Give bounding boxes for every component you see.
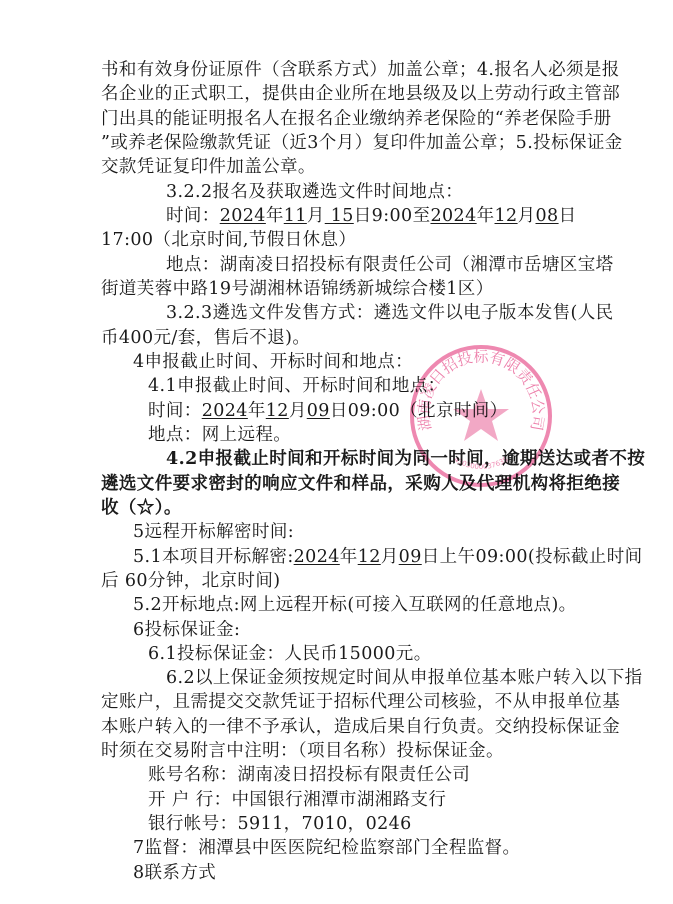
paragraph-line: 门出具的能证明报名人在报名企业缴纳养老保险的“养老保险手册: [101, 107, 582, 131]
end-month: 12: [495, 206, 518, 226]
decrypt-year: 2024: [294, 547, 340, 567]
decrypt-label: 5.1本项目开标解密:: [133, 547, 294, 567]
document-page: 书和有效身份证原件（含联系方式）加盖公章；4.报名人必须是报 名企业的正式职工，…: [0, 0, 673, 904]
deadline-place: 地点：网上远程。: [148, 423, 291, 447]
day-char: 日: [559, 206, 577, 226]
section-5-2-line: 5.2开标地点:网上远程开标(可接入互联网的任意地点)。: [133, 593, 577, 617]
section-4-2-bold-end: 收（☆）。: [101, 496, 182, 520]
year-char: 年: [477, 206, 495, 226]
section-6-2-cont: 本账户转入的一律不予承认，造成后果自行负责。交纳投标保证金: [101, 715, 582, 739]
start-year: 2024: [220, 206, 266, 226]
section-5-1-cont: 后 60分钟，北京时间): [101, 569, 280, 593]
section-4-1-heading: 4.1申报截止时间、开标时间和地点：: [148, 374, 446, 398]
start-time: 日9:00至: [354, 206, 431, 226]
end-day: 08: [536, 206, 559, 226]
paragraph-line: 交款凭证复印件加盖公章。: [101, 155, 316, 179]
section-3-2-3-cont: 币400元/套，售后不退)。: [101, 326, 310, 350]
registration-time-cont: 17:00（北京时间,节假日休息）: [101, 228, 356, 252]
section-6-2-line: 6.2以上保证金须按规定时间从申报单位基本账户转入以下指: [166, 666, 643, 690]
end-year: 2024: [430, 206, 476, 226]
decrypt-day: 09: [399, 547, 422, 567]
section-5-1-line: 5.1本项目开标解密:2024年12月09日上午09:00(投标截止时间: [133, 545, 643, 569]
deadline-day: 09: [307, 401, 330, 421]
section-4-heading: 4申报截止时间、开标时间和地点：: [133, 350, 413, 374]
month-char: 月: [381, 547, 399, 567]
paragraph-line: ”或养老保险缴款凭证（近3个月）复印件加盖公章；5.投标保证金: [101, 131, 582, 155]
section-6-heading: 6投标保证金:: [133, 618, 240, 642]
registration-place-cont: 街道芙蓉中路19号湖湘林语锦绣新城综合楼1区）: [101, 277, 494, 301]
paragraph-line: 书和有效身份证原件（含联系方式）加盖公章；4.报名人必须是报: [101, 58, 582, 82]
time-label: 时间：: [166, 206, 220, 226]
decrypt-time: 日上午09:00(投标截止时间: [422, 547, 643, 567]
decrypt-month: 12: [358, 547, 381, 567]
section-6-2-cont: 定账户，且需提交交款凭证于招标代理公司核验，不从申报单位基: [101, 690, 582, 714]
deadline-time: 日09:00（北京时间）: [330, 401, 508, 421]
account-name: 账号名称：湖南凌日招投标有限责任公司: [148, 763, 470, 787]
section-6-2-cont: 时须在交易附言中注明：（项目名称）投标保证金。: [101, 739, 504, 763]
start-day: 15: [325, 206, 354, 226]
section-4-2-bold-line: 4.2申报截止时间和开标时间为同一时间，逾期送达或者不按: [166, 447, 645, 471]
month-char: 月: [518, 206, 536, 226]
section-6-1-line: 6.1投标保证金：人民币15000元。: [148, 642, 432, 666]
registration-place-line: 地点：湖南凌日招投标有限责任公司（湘潭市岳塘区宝塔: [166, 253, 614, 277]
start-month: 11: [284, 206, 307, 226]
month-char: 月: [307, 206, 325, 226]
section-5-heading: 5远程开标解密时间:: [133, 520, 294, 544]
deadline-time-line: 时间：2024年12月09日09:00（北京时间）: [148, 399, 508, 423]
month-char: 月: [289, 401, 307, 421]
section-4-2-bold-cont: 遴选文件要求密封的响应文件和样品，采购人及代理机构将拒绝接: [101, 472, 582, 496]
paragraph-line: 名企业的正式职工，提供由企业所在地县级及以上劳动行政主管部: [101, 82, 582, 106]
deadline-year: 2024: [202, 401, 248, 421]
account-number: 银行帐号：5911，7010，0246: [148, 812, 412, 836]
year-char: 年: [266, 206, 284, 226]
section-7-line: 7监督：湘潭县中医医院纪检监察部门全程监督。: [133, 836, 520, 860]
deadline-month: 12: [266, 401, 289, 421]
section-3-2-2-heading: 3.2.2报名及获取遴选文件时间地点：: [166, 180, 463, 204]
section-8-heading: 8联系方式: [133, 861, 216, 885]
year-char: 年: [248, 401, 266, 421]
bank-name: 开 户 行：中国银行湘潭市湖湘路支行: [148, 788, 446, 812]
registration-time-line: 时间：2024年11月 15日9:00至2024年12月08日: [166, 204, 576, 228]
section-3-2-3-line: 3.2.3遴选文件发售方式：遴选文件以电子版本发售(人民: [166, 301, 614, 325]
time-label: 时间：: [148, 401, 202, 421]
year-char: 年: [340, 547, 358, 567]
